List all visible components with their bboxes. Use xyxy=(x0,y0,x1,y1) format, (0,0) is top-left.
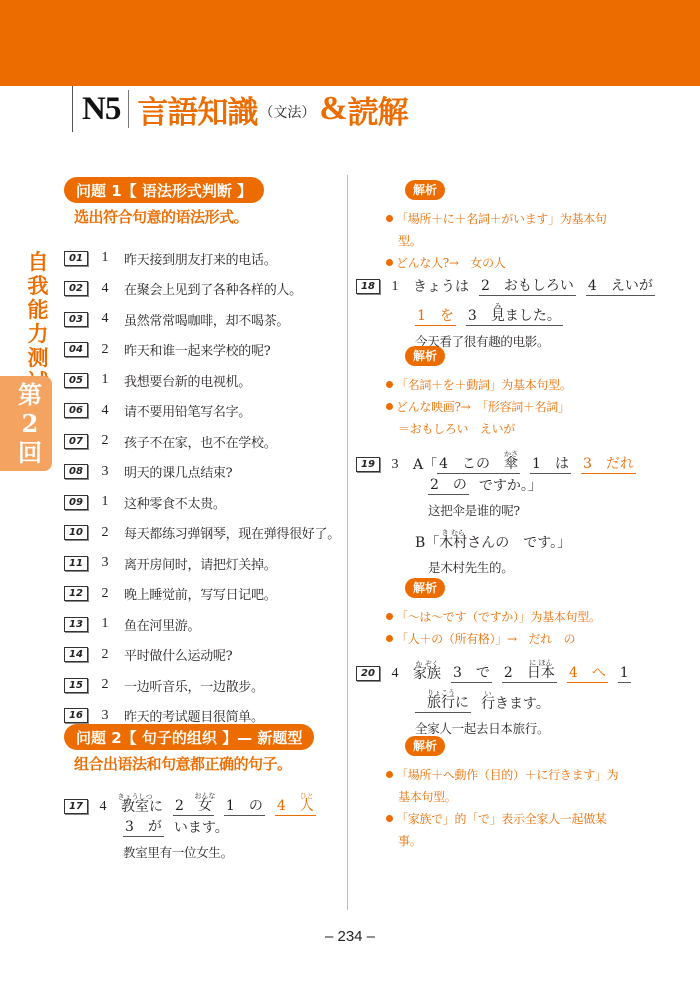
speaker-b: B「 xyxy=(415,523,439,552)
sentence-line-2: 1 を 3 み見ました。 xyxy=(415,296,665,326)
bullet-text: 「人＋の（所有格）」→ だれ の xyxy=(396,632,575,646)
sentence-text: さんの です。」 xyxy=(467,535,571,551)
answer-translation: 一边听音乐，一边散步。 xyxy=(124,676,264,695)
blank-segment-answer: 4ひと人 xyxy=(275,786,316,816)
answer-choice: 1 xyxy=(93,372,117,388)
furigana: かさ xyxy=(504,445,518,463)
question-number-box: 08 xyxy=(64,464,88,479)
blank-segment: 2 に ほん日本 xyxy=(502,653,557,683)
sentence-text: い行きます。 xyxy=(481,684,550,713)
answer-translation: 每天都练习弹钢琴，现在弹得很好了。 xyxy=(124,523,340,542)
bullet-dot-icon xyxy=(386,259,393,266)
question-20: 20 4 か ぞく家族 3 で 2 に ほん日本 4 へ 1 りょこう旅行に い… xyxy=(356,653,641,737)
blank-segment: 2 の xyxy=(428,474,469,495)
blank-segment: 1 xyxy=(618,653,631,683)
option-number: 2 xyxy=(175,798,184,814)
answer-row: 064请不要用铅笔写名字。 xyxy=(64,396,344,427)
sentence-lead: か ぞく家族 xyxy=(413,654,441,683)
sentence-text: き むら木村さんの です。」 xyxy=(439,523,571,552)
answer-translation: 离开房间时，请把灯关掉。 xyxy=(124,554,276,573)
question-number-box: 01 xyxy=(64,251,88,266)
analysis-label: 解析 xyxy=(405,736,445,756)
analysis-20: 解析 「場所＋へ動作（目的）＋に行きます」为基本句型。 「家族で」的「で」表示全… xyxy=(405,735,618,852)
section-1-header: 问题 1【 语法形式判断 】 选出符合句意的语法形式。 xyxy=(64,177,264,227)
sentence-line-1: きょうしつ教室に 2おんな女 1 の 4ひと人 xyxy=(121,786,326,816)
analysis-bullet: 「～は～です（ですか）」为基本句型。 xyxy=(386,606,601,628)
analysis-18: 解析 「名詞＋を＋動詞」为基本句型。 どんな映画?→ 「形容詞＋名詞」＝おもしろ… xyxy=(405,345,572,440)
answer-choice: 2 xyxy=(93,586,117,602)
sentence-lead: きょうは xyxy=(413,267,469,296)
sentence-lead: きょうしつ教室に xyxy=(121,787,163,816)
question-number-box: 07 xyxy=(64,434,88,449)
sentence-line-2: 3 が います。 xyxy=(123,818,326,837)
sentence-text: います。 xyxy=(174,819,229,837)
bullet-dot-icon xyxy=(386,635,393,642)
analysis-label: 解析 xyxy=(405,578,445,598)
top-color-band xyxy=(0,0,700,86)
title-main: 言語知識 xyxy=(137,87,257,132)
question-number-box: 02 xyxy=(64,281,88,296)
sentence-text: ですか。」 xyxy=(479,475,542,495)
blank-segment: 2 おもしろい xyxy=(479,266,576,296)
sentence-line-3: B「 き むら木村さんの です。」 xyxy=(415,523,646,552)
answer-choice: 4 xyxy=(91,798,115,816)
bullet-dot-icon xyxy=(386,381,393,388)
answer-choice: 1 xyxy=(93,616,117,632)
sidebar-char: 自 xyxy=(28,250,49,274)
answer-row: 024在聚会上见到了各种各样的人。 xyxy=(64,274,344,305)
sentence-text: に xyxy=(455,695,469,711)
title-ampersand: & xyxy=(319,90,347,128)
furigana: ひと xyxy=(300,787,314,805)
blank-segment: 2おんな女 xyxy=(173,786,214,816)
question-number-box: 09 xyxy=(64,495,88,510)
level-label: N5 xyxy=(82,91,120,128)
blank-segment: 4 この かさ傘 xyxy=(437,444,520,474)
furigana: おんな xyxy=(194,787,215,805)
bullet-text: 「名詞＋を＋動詞」为基本句型。 xyxy=(396,378,572,392)
question-number-box: 12 xyxy=(64,586,88,601)
section-1-subtitle: 选出符合句意的语法形式。 xyxy=(64,206,264,227)
question-number-box: 10 xyxy=(64,525,88,540)
blank-segment: 1 は xyxy=(530,444,571,474)
answer-translation: 虽然常常喝咖啡，却不喝茶。 xyxy=(124,310,289,329)
option-text: 4 この xyxy=(439,456,504,472)
analysis-17: 解析 「場所＋に＋名詞＋がいます」为基本句型。 どんな人?→ 女の人 xyxy=(405,179,607,274)
question-number-box: 04 xyxy=(64,342,88,357)
bullet-text: どんな映画?→ 「形容詞＋名詞」 xyxy=(396,400,570,414)
sentence-line-1: きょうは 2 おもしろい 4 えいが xyxy=(413,266,665,296)
analysis-label: 解析 xyxy=(405,346,445,366)
blank-segment-answer: 4 へ xyxy=(567,653,608,683)
sentence-text: ました。 xyxy=(505,308,561,324)
page-header: N5 言語知識 （文法） & 読解 xyxy=(72,86,408,132)
furigana: か ぞく xyxy=(415,655,438,673)
sentence-line-1: A「 4 この かさ傘 1 は 3 だれ xyxy=(413,444,646,474)
question-number-box: 18 xyxy=(356,279,380,294)
option-number: 4 xyxy=(277,798,286,814)
question-number-box: 11 xyxy=(64,556,88,571)
sidebar-self-test-label: 自 我 能 力 测 试 xyxy=(24,250,52,394)
answer-row: 091这种零食不太贵。 xyxy=(64,487,344,518)
answer-row: 102每天都练习弹钢琴，现在弹得很好了。 xyxy=(64,518,344,549)
tab-char: 2 xyxy=(22,409,39,438)
answer-translation: 平时做什么运动呢? xyxy=(124,645,232,664)
answer-row: 142平时做什么运动呢? xyxy=(64,640,344,671)
answer-row: 072孩子不在家，也不在学校。 xyxy=(64,426,344,457)
answer-choice: 3 xyxy=(93,708,117,724)
bullet-continuation: 型。 xyxy=(386,230,607,252)
answer-choice: 4 xyxy=(93,311,117,327)
answer-choice: 1 xyxy=(383,278,407,296)
blank-segment: 3 で xyxy=(451,653,492,683)
sidebar-char: 力 xyxy=(28,322,49,346)
answer-row: 051我想要台新的电视机。 xyxy=(64,365,344,396)
analysis-bullet: どんな映画?→ 「形容詞＋名詞」＝おもしろい えいが xyxy=(386,396,572,440)
title-sub: （文法） xyxy=(259,102,315,122)
answer-row: 152一边听音乐，一边散步。 xyxy=(64,670,344,701)
bullet-text: 「場所＋に＋名詞＋がいます」为基本句 xyxy=(396,212,607,226)
bullet-dot-icon xyxy=(386,771,393,778)
sentence-text: きます。 xyxy=(495,696,550,712)
answer-row: 131鱼在河里游。 xyxy=(64,609,344,640)
answer-row: 083明天的课几点结束? xyxy=(64,457,344,488)
answer-translation: 明天的课几点结束? xyxy=(124,462,232,481)
blank-segment: 1 の xyxy=(224,786,265,816)
answer-translation: 昨天的考试题目很简单。 xyxy=(124,706,264,725)
blank-segment: りょこう旅行に xyxy=(415,683,471,713)
tab-char: 第 xyxy=(18,380,42,409)
bullet-continuation: 基本句型。 xyxy=(386,786,618,808)
bullet-dot-icon xyxy=(386,215,393,222)
question-19: 19 3 A「 4 この かさ傘 1 は 3 だれ 2 の ですか。」 这把伞是… xyxy=(356,444,646,576)
analysis-bullet: 「名詞＋を＋動詞」为基本句型。 xyxy=(386,374,572,396)
translation-a: 这把伞是谁的呢? xyxy=(428,501,646,519)
option-number: 3 xyxy=(468,308,491,324)
furigana: い xyxy=(485,685,492,703)
answer-choice: 4 xyxy=(93,281,117,297)
sentence-line-2: 2 の ですか。」 xyxy=(428,474,646,495)
furigana: りょこう xyxy=(427,684,455,702)
answer-translation: 鱼在河里游。 xyxy=(124,615,200,634)
question-number-box: 15 xyxy=(64,678,88,693)
section-2-title: 问题 2【 句子的组织 】— 新题型 xyxy=(64,724,314,750)
blank-segment: 3 み見ました。 xyxy=(466,296,563,326)
translation: 教室里有一位女生。 xyxy=(123,843,326,861)
question-number-box: 19 xyxy=(356,457,380,472)
bullet-text: 「～は～です（ですか）」为基本句型。 xyxy=(396,610,601,624)
bullet-dot-icon xyxy=(386,815,393,822)
question-17: 17 4 きょうしつ教室に 2おんな女 1 の 4ひと人 3 が います。 教室… xyxy=(64,786,326,861)
question-number-box: 03 xyxy=(64,312,88,327)
answer-translation: 请不要用铅笔写名字。 xyxy=(124,401,251,420)
answer-choice: 4 xyxy=(93,403,117,419)
answer-row: 113离开房间时，请把灯关掉。 xyxy=(64,548,344,579)
furigana: み xyxy=(494,297,501,315)
analysis-bullet: 「人＋の（所有格）」→ だれ の xyxy=(386,628,601,650)
page-number: – 234 – xyxy=(0,928,700,945)
section-1-title: 问题 1【 语法形式判断 】 xyxy=(64,177,264,203)
answer-translation: 晚上睡觉前，写写日记吧。 xyxy=(124,584,276,603)
question-18: 18 1 きょうは 2 おもしろい 4 えいが 1 を 3 み見ました。 今天看… xyxy=(356,266,665,350)
furigana: きょうしつ xyxy=(118,788,153,806)
analysis-bullet: 「場所＋に＋名詞＋がいます」为基本句型。 xyxy=(386,208,607,252)
furigana: き むら xyxy=(442,524,465,542)
title-reading: 読解 xyxy=(348,87,408,132)
question-number-box: 14 xyxy=(64,647,88,662)
answer-row: 011昨天接到朋友打来的电话。 xyxy=(64,243,344,274)
bullet-text: 「場所＋へ動作（目的）＋に行きます」为 xyxy=(396,768,618,782)
answer-translation: 孩子不在家，也不在学校。 xyxy=(124,432,276,451)
answer-choice: 1 xyxy=(93,494,117,510)
bullet-dot-icon xyxy=(386,403,393,410)
header-divider xyxy=(128,90,129,128)
blank-segment: 3 が xyxy=(123,818,164,837)
blank-segment-answer: 1 を xyxy=(415,296,456,326)
question-number-box: 16 xyxy=(64,708,88,723)
analysis-bullet: 「場所＋へ動作（目的）＋に行きます」为基本句型。 xyxy=(386,764,618,808)
column-divider xyxy=(347,175,348,910)
bullet-text: 「家族で」的「で」表示全家人一起做某 xyxy=(396,812,607,826)
answer-translation: 昨天接到朋友打来的电话。 xyxy=(124,249,276,268)
question-number-box: 05 xyxy=(64,373,88,388)
analysis-label: 解析 xyxy=(405,180,445,200)
answer-translation: 昨天和谁一起来学校的呢? xyxy=(124,340,270,359)
blank-segment: 4 えいが xyxy=(586,266,655,296)
analysis-bullet: 「家族で」的「で」表示全家人一起做某事。 xyxy=(386,808,618,852)
sidebar-char: 测 xyxy=(28,346,49,370)
bullet-continuation: 事。 xyxy=(386,830,618,852)
answer-row: 042昨天和谁一起来学校的呢? xyxy=(64,335,344,366)
answer-translation: 我想要台新的电视机。 xyxy=(124,371,251,390)
sidebar-char: 我 xyxy=(28,274,49,298)
answer-choice: 2 xyxy=(93,647,117,663)
section-2-subtitle: 组合出语法和句意都正确的句子。 xyxy=(64,753,314,774)
section-2-header: 问题 2【 句子的组织 】— 新题型 组合出语法和句意都正确的句子。 xyxy=(64,724,314,774)
tab-char: 回 xyxy=(18,438,42,467)
option-number: 2 xyxy=(504,665,527,681)
answer-row: 034虽然常常喝咖啡，却不喝茶。 xyxy=(64,304,344,335)
answer-choice: 2 xyxy=(93,677,117,693)
bullet-dot-icon xyxy=(386,613,393,620)
speaker-a: A「 xyxy=(413,445,437,474)
answer-choice: 3 xyxy=(93,464,117,480)
sentence-line-2: りょこう旅行に い行きます。 xyxy=(415,683,641,713)
question-number-box: 13 xyxy=(64,617,88,632)
answer-translation: 在聚会上见到了各种各样的人。 xyxy=(124,279,302,298)
question-number-box: 17 xyxy=(64,799,88,814)
section-1-answer-list: 011昨天接到朋友打来的电话。 024在聚会上见到了各种各样的人。 034虽然常… xyxy=(64,243,344,731)
answer-choice: 3 xyxy=(93,555,117,571)
answer-choice: 2 xyxy=(93,433,117,449)
answer-choice: 2 xyxy=(93,525,117,541)
sidebar-char: 能 xyxy=(28,298,49,322)
answer-choice: 2 xyxy=(93,342,117,358)
translation-b: 是木村先生的。 xyxy=(428,558,646,576)
blank-segment-answer: 3 だれ xyxy=(581,444,636,474)
bullet-continuation: ＝おもしろい えいが xyxy=(386,418,572,440)
answer-choice: 3 xyxy=(383,456,407,474)
furigana: に ほん xyxy=(529,654,552,672)
header-divider-left xyxy=(72,86,73,132)
answer-choice: 4 xyxy=(383,665,407,683)
analysis-19: 解析 「～は～です（ですか）」为基本句型。 「人＋の（所有格）」→ だれ の xyxy=(405,577,601,650)
question-number-box: 06 xyxy=(64,403,88,418)
question-number-box: 20 xyxy=(356,666,380,681)
answer-choice: 1 xyxy=(93,250,117,266)
sidebar-round-tab: 第 2 回 xyxy=(0,376,52,471)
answer-translation: 这种零食不太贵。 xyxy=(124,493,226,512)
answer-row: 122晚上睡觉前，写写日记吧。 xyxy=(64,579,344,610)
sentence-line-1: か ぞく家族 3 で 2 に ほん日本 4 へ 1 xyxy=(413,653,641,683)
